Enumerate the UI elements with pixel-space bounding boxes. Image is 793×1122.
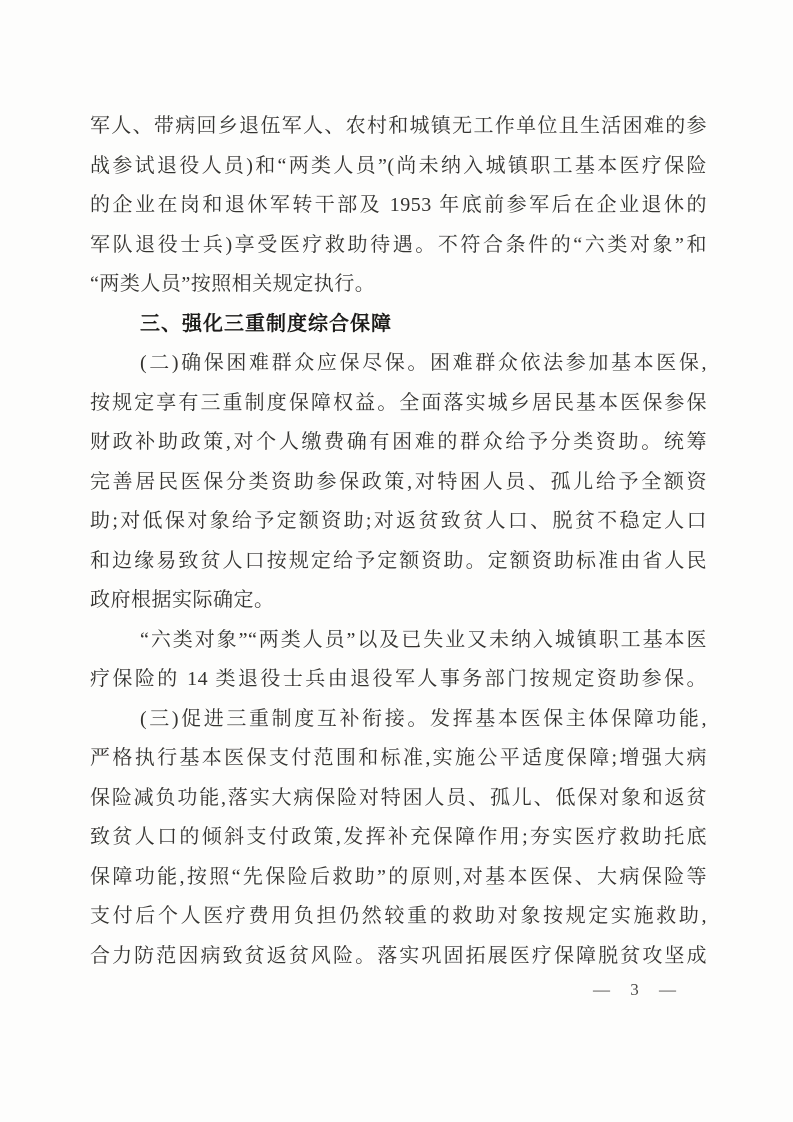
text-line: 的企业在岗和退休军转干部及 1953 年底前参军后在企业退休的 xyxy=(90,186,707,226)
text-line: 严格执行基本医保支付范围和标准,实施公平适度保障;增强大病 xyxy=(90,739,707,779)
text-line: 助;对低保对象给予定额资助;对返贫致贫人口、脱贫不稳定人口 xyxy=(90,502,707,542)
section-heading: 三、强化三重制度综合保障 xyxy=(90,305,707,345)
text-line: 政府根据实际确定。 xyxy=(90,581,707,621)
text-line: “六类对象”“两类人员”以及已失业又未纳入城镇职工基本医 xyxy=(90,621,707,661)
text-line: 保障功能,按照“先保险后救助”的原则,对基本医保、大病保险等 xyxy=(90,858,707,898)
text-line: 完善居民医保分类资助参保政策,对特困人员、孤儿给予全额资 xyxy=(90,463,707,503)
text-line: 军人、带病回乡退伍军人、农村和城镇无工作单位且生活困难的参 xyxy=(90,107,707,147)
text-line: 致贫人口的倾斜支付政策,发挥补充保障作用;夯实医疗救助托底 xyxy=(90,818,707,858)
text-line: 按规定享有三重制度保障权益。全面落实城乡居民基本医保参保 xyxy=(90,384,707,424)
text-line: (二)确保困难群众应保尽保。困难群众依法参加基本医保, xyxy=(90,344,707,384)
text-line: 和边缘易致贫人口按规定给予定额资助。定额资助标准由省人民 xyxy=(90,542,707,582)
text-line: (三)促进三重制度互补衔接。发挥基本医保主体保障功能, xyxy=(90,700,707,740)
text-line: 军队退役士兵)享受医疗救助待遇。不符合条件的“六类对象”和 xyxy=(90,226,707,266)
text-line: 合力防范因病致贫返贫风险。落实巩固拓展医疗保障脱贫攻坚成 xyxy=(90,937,707,977)
page-number: — 3 — xyxy=(593,978,678,1002)
text-line: 战参试退役人员)和“两类人员”(尚未纳入城镇职工基本医疗保险 xyxy=(90,147,707,187)
text-line: 保险减负功能,落实大病保险对特困人员、孤儿、低保对象和返贫 xyxy=(90,779,707,819)
text-line: 财政补助政策,对个人缴费确有困难的群众给予分类资助。统筹 xyxy=(90,423,707,463)
text-line: 疗保险的 14 类退役士兵由退役军人事务部门按规定资助参保。 xyxy=(90,660,707,700)
document-page: 军人、带病回乡退伍军人、农村和城镇无工作单位且生活困难的参 战参试退役人员)和“… xyxy=(0,0,793,1122)
text-line: “两类人员”按照相关规定执行。 xyxy=(90,265,707,305)
text-line: 支付后个人医疗费用负担仍然较重的救助对象按规定实施救助, xyxy=(90,897,707,937)
document-body: 军人、带病回乡退伍军人、农村和城镇无工作单位且生活困难的参 战参试退役人员)和“… xyxy=(90,107,707,976)
